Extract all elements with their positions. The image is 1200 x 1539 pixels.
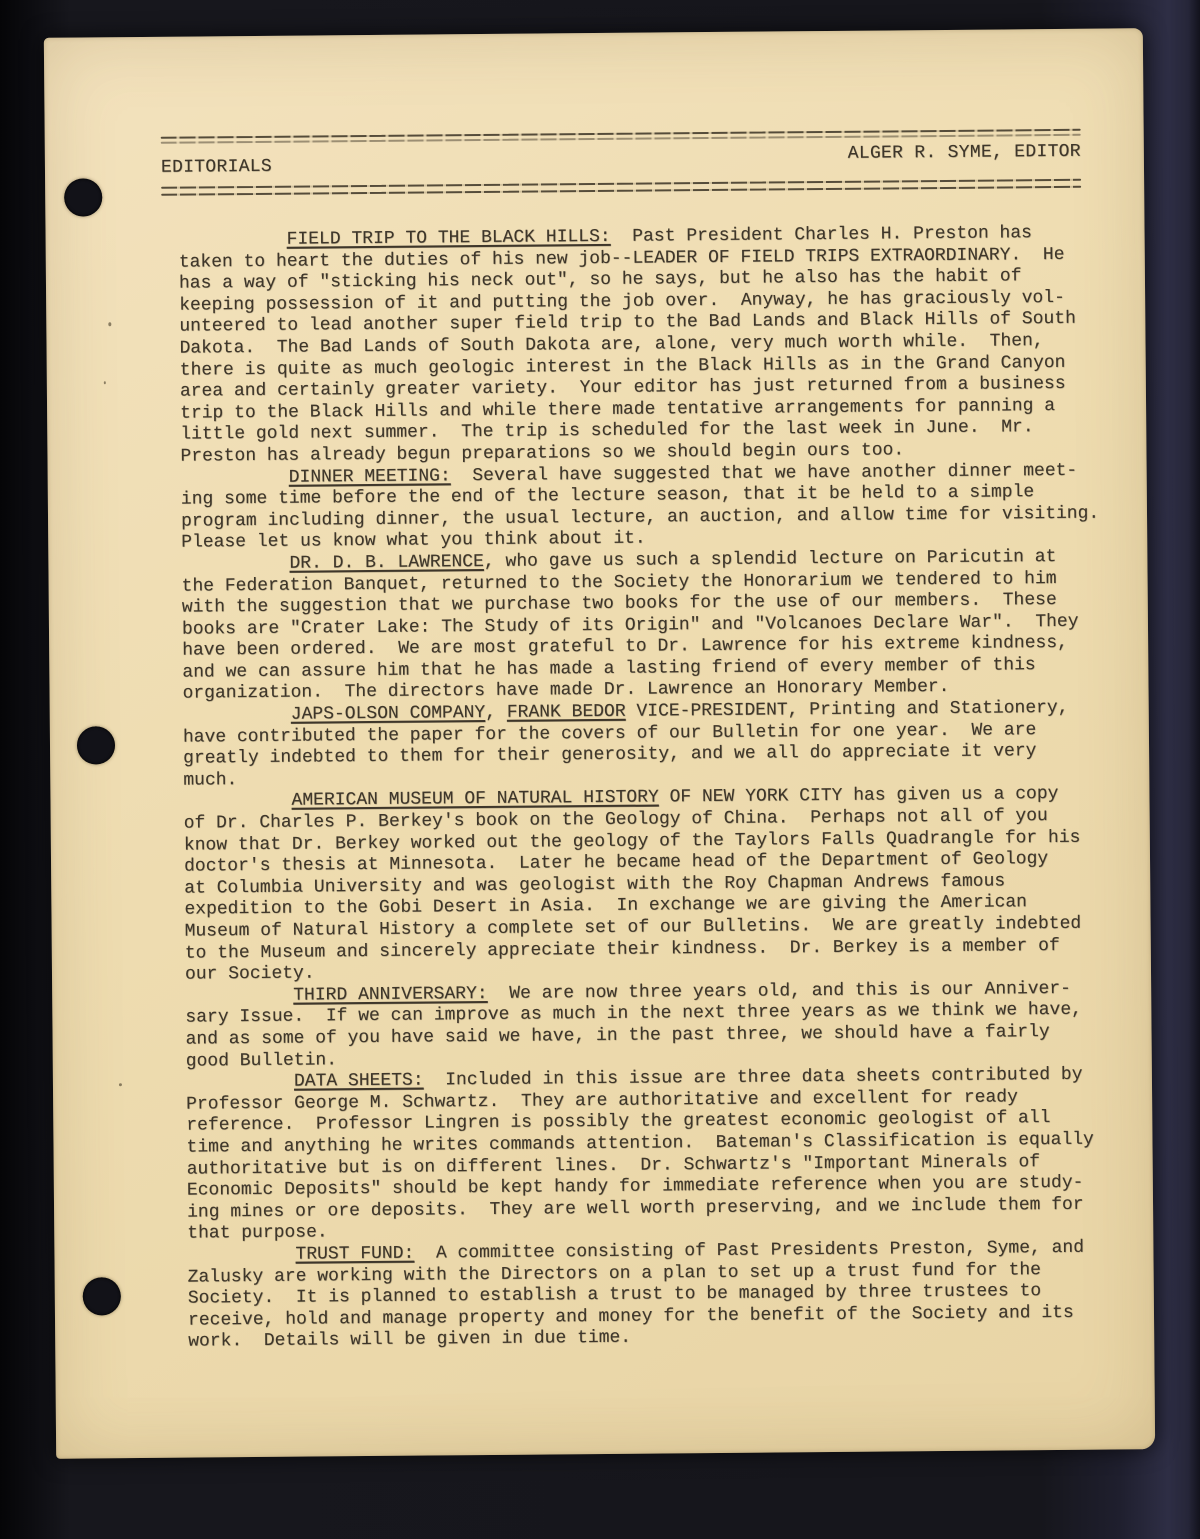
text-run	[183, 791, 291, 812]
text-run: Past President Charles H. Preston has	[611, 223, 1032, 247]
paragraph-dr-d-b-lawrence: DR. D. B. LAWRENCE, who gave us such a s…	[181, 546, 1132, 705]
masthead: EDITORIALS ALGER R. SYME, EDITOR	[161, 129, 1081, 196]
paper-speck	[108, 322, 111, 326]
text-run: , who gave us such a splendid lecture on…	[484, 547, 1057, 572]
text-run: good Bulletin.	[186, 1050, 337, 1071]
underlined-heading: FRANK BEDOR	[507, 702, 626, 723]
text-run: that purpose.	[187, 1223, 328, 1244]
text-run: Please let us know what you think about …	[181, 529, 646, 553]
text-run	[183, 705, 291, 726]
masthead-rule-bottom	[161, 179, 1081, 196]
paragraph-third-anniversary: THIRD ANNIVERSARY: We are now three year…	[185, 978, 1136, 1073]
page-title: EDITORIALS	[161, 157, 272, 178]
punch-hole-middle	[77, 726, 115, 764]
paper-speck	[104, 381, 106, 384]
document-page: EDITORIALS ALGER R. SYME, EDITOR FIELD T…	[44, 28, 1155, 1459]
punch-hole-bottom	[83, 1277, 121, 1315]
text-run: We are now three years old, and this is …	[488, 979, 1071, 1004]
punch-hole-top	[64, 178, 102, 216]
paragraph-japs-olson-company: JAPS-OLSON COMPANY, FRANK BEDOR VICE-PRE…	[183, 697, 1134, 792]
text-run	[185, 985, 293, 1006]
text-run: ,	[485, 703, 507, 723]
masthead-rule-top	[161, 129, 1081, 144]
paragraph-american-museum-of-natural-history: AMERICAN MUSEUM OF NATURAL HISTORY OF NE…	[183, 784, 1135, 987]
paper-speck	[119, 1083, 122, 1086]
underlined-heading: JAPS-OLSON COMPANY	[291, 703, 486, 725]
paragraph-dinner-meeting: DINNER MEETING: Several have suggested t…	[181, 460, 1132, 555]
text-run: VICE-PRESIDENT, Printing and Stationery,	[626, 698, 1069, 722]
scanner-background: EDITORIALS ALGER R. SYME, EDITOR FIELD T…	[0, 0, 1200, 1539]
underlined-heading: DATA SHEETS:	[294, 1071, 424, 1092]
editor-credit: ALGER R. SYME, EDITOR	[848, 142, 1081, 164]
underlined-heading: FIELD TRIP TO THE BLACK HILLS:	[287, 227, 611, 250]
text-run: much.	[183, 770, 237, 790]
paragraph-trust-fund: TRUST FUND: A committee consisting of Pa…	[187, 1237, 1138, 1353]
underlined-heading: AMERICAN MUSEUM OF NATURAL HISTORY	[291, 788, 658, 811]
text-run	[181, 554, 289, 575]
text-run	[186, 1072, 294, 1093]
underlined-heading: THIRD ANNIVERSARY:	[293, 984, 488, 1006]
paragraph-data-sheets: DATA SHEETS: Included in this issue are …	[186, 1064, 1137, 1245]
underlined-heading: TRUST FUND:	[295, 1244, 414, 1265]
text-run	[187, 1245, 295, 1266]
text-run: OF NEW YORK CITY has given us a copy	[659, 784, 1059, 807]
masthead-row: EDITORIALS ALGER R. SYME, EDITOR	[161, 150, 1081, 178]
text-run: work. Details will be given in due time.	[188, 1328, 631, 1352]
text-run	[179, 230, 287, 251]
paragraph-field-trip-to-the-black-hills: FIELD TRIP TO THE BLACK HILLS: Past Pres…	[179, 222, 1131, 468]
document-body: FIELD TRIP TO THE BLACK HILLS: Past Pres…	[179, 222, 1139, 1353]
text-run	[181, 467, 289, 488]
underlined-heading: DR. D. B. LAWRENCE	[289, 552, 484, 574]
text-run: our Society.	[185, 964, 315, 985]
underlined-heading: DINNER MEETING:	[289, 466, 451, 487]
